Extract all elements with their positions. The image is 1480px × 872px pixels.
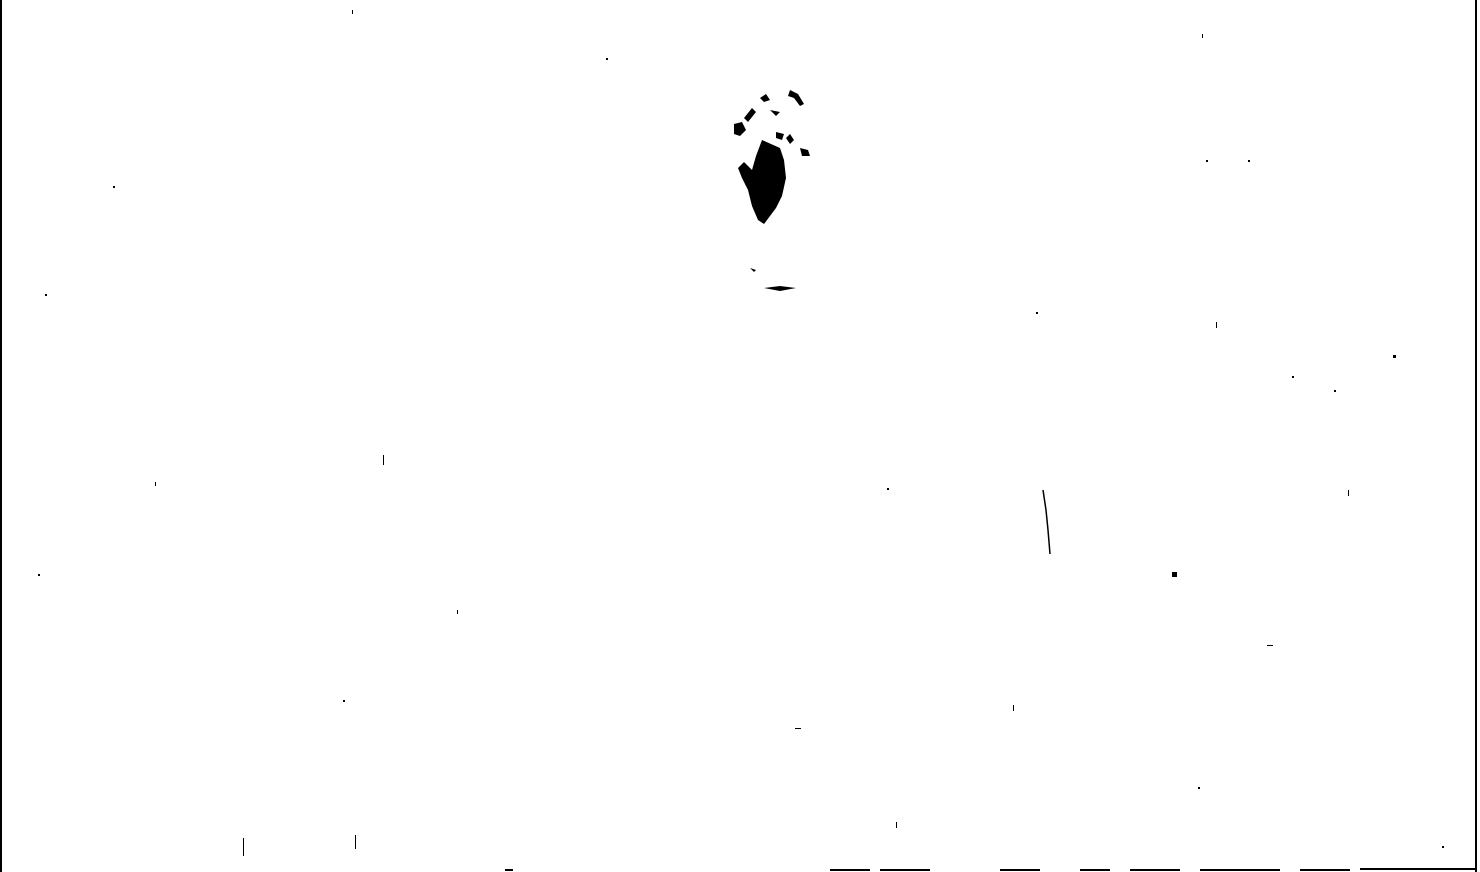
bottom-edge-marks [505,868,1476,871]
photo-canvas [0,0,1480,872]
stroke-mark [1043,490,1050,554]
dark-figure [734,90,810,291]
speckle-noise [38,10,1444,856]
scanned-photo [0,0,1480,872]
